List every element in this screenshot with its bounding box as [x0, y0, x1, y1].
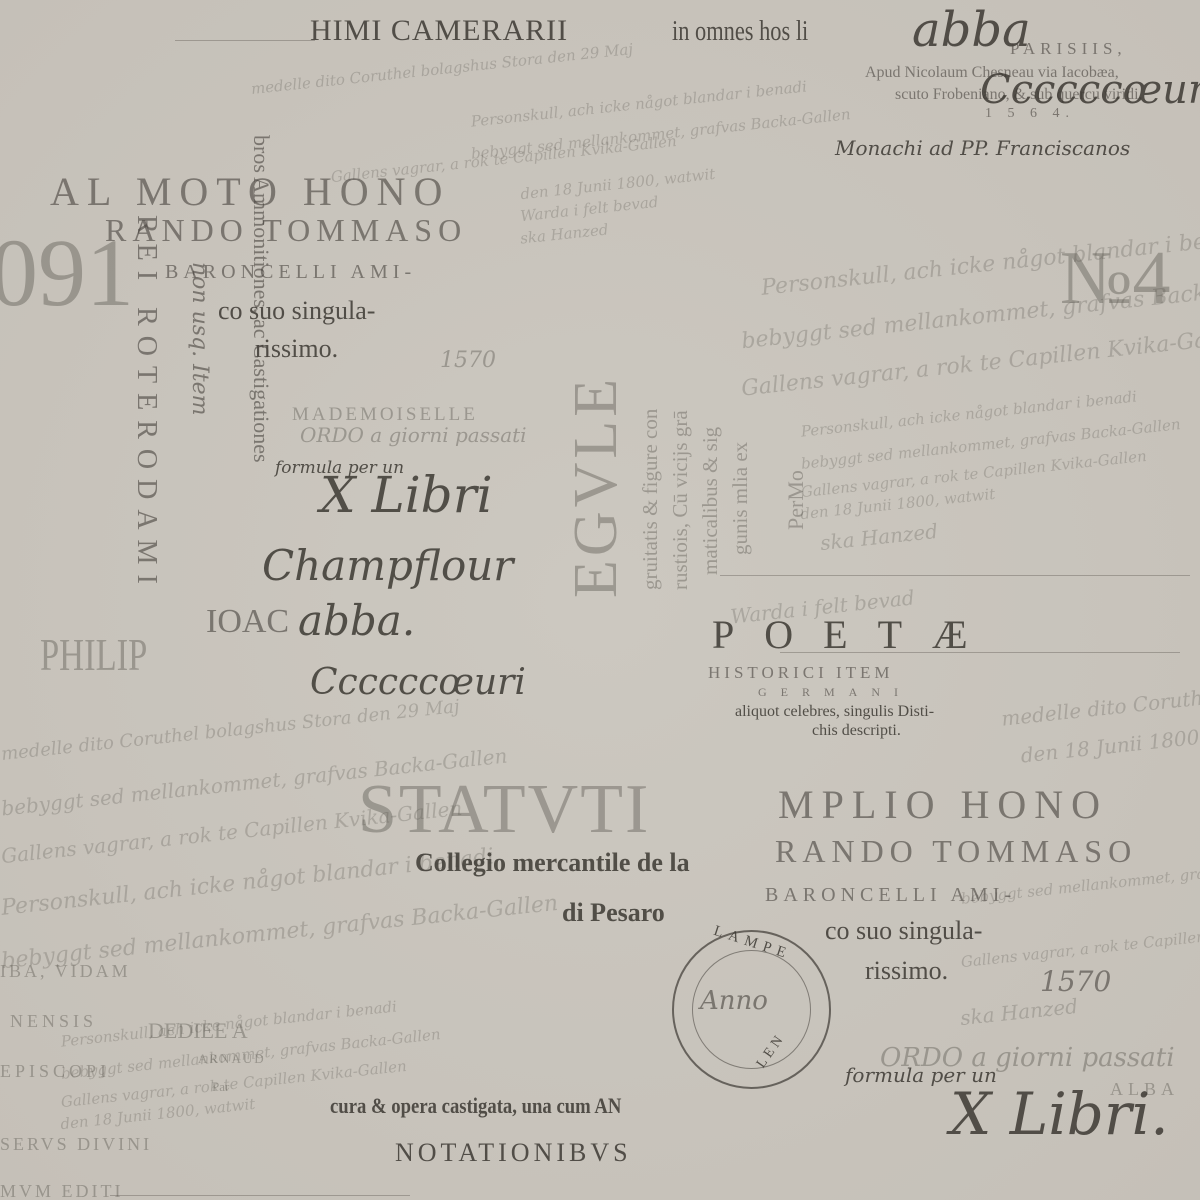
handwriting-libri: X Libri: [320, 470, 493, 520]
handwriting-abba-mid: abba.: [298, 600, 415, 642]
text-mademoiselle: MADEMOISELLE: [292, 405, 478, 424]
text-ioac: IOAC: [206, 605, 289, 639]
numero-4: №4: [1060, 240, 1171, 316]
postmark-stamp: LAMPE Anno LEN: [672, 930, 831, 1089]
text-par: Par: [212, 1080, 229, 1093]
text-cura: cura & opera castigata, una cum AN: [330, 1095, 621, 1117]
text-rando-tommaso-2: RANDO TOMMASO: [775, 835, 1137, 867]
text-nensis: NENSIS: [10, 1012, 97, 1030]
text-dedie: DEDIEE A: [148, 1020, 248, 1042]
vertical-egvle: EGVLE: [565, 375, 627, 598]
vertical-rei-roterodami: REI ROTERODAMI: [132, 215, 160, 594]
text-di-pesaro: di Pesaro: [562, 900, 665, 926]
handwriting-monachi: Monachi ad PP. Franciscanos: [835, 138, 1130, 158]
stamp-center-text: Anno: [700, 988, 768, 1014]
handwriting-libri-bottom: X Libri.: [950, 1085, 1169, 1143]
number-091: 091: [0, 225, 134, 321]
title-statuti: STATVTI: [358, 775, 650, 845]
text-arnaud: ARNAUD: [198, 1052, 266, 1065]
text-rissimo-2: rissimo.: [865, 958, 948, 984]
text-philip: PHILIP: [40, 632, 147, 678]
divider: [720, 575, 1190, 576]
title-poetae: POETÆ: [712, 615, 998, 655]
text-aliquot: aliquot celebres, singulis Disti-: [735, 704, 934, 720]
divider: [175, 40, 315, 41]
text-iba-vidam: IBA, VIDAM: [0, 962, 131, 980]
vertical-maticalibus: maticalibus & sig: [700, 427, 721, 575]
vertical-rustiois: rustiois, Cū vicijs grā: [670, 410, 691, 590]
handwriting-formula-bottom: formula per un: [845, 1065, 997, 1085]
title-himi-camerarii: HIMI CAMERARII: [310, 16, 568, 46]
text-1570-2: 1570: [1040, 968, 1111, 996]
vertical-gruitatis: gruitatis & figure con: [640, 409, 661, 590]
text-baroncelli-2: BARONCELLI AMI-: [765, 885, 1016, 905]
vertical-non-usq: non usq. Item: [188, 262, 210, 416]
text-mum-editi: MVM EDITI: [0, 1182, 124, 1200]
text-chis: chis descripti.: [812, 723, 901, 739]
text-historici: HISTORICI ITEM: [708, 664, 894, 681]
text-germani: GERMANI: [758, 686, 912, 698]
vertical-bros-ammonitiones: bros Ammonitiones, ac Castigationes: [250, 135, 272, 463]
vertical-permo: PerMo: [785, 470, 807, 530]
text-collegio: Collegio mercantile de la: [415, 850, 690, 876]
text-notationibus: NOTATIONIBVS: [395, 1140, 632, 1166]
text-amplio-hono: MPLIO HONO: [778, 785, 1108, 825]
text-parisiis: PARISIIS,: [1010, 40, 1127, 57]
text-co-suo: co suo singula-: [218, 298, 375, 324]
vertical-gunis: gunis mlia ex: [730, 442, 751, 555]
text-ordo: ORDO a giorni passati: [300, 425, 527, 445]
handwriting-flourish: Ccccccœuri: [980, 70, 1200, 110]
text-servus: SERVS DIVINI: [0, 1135, 152, 1153]
text-episcopi: EPISCOPI: [0, 1062, 110, 1080]
text-in-omnes: in omnes hos li: [672, 18, 808, 46]
text-co-suo-2: co suo singula-: [825, 918, 982, 944]
handwriting-flourish-mid: Ccccccœuri: [310, 665, 526, 701]
text-1570: 1570: [440, 350, 496, 372]
handwriting-champ: Champflour: [262, 545, 513, 587]
divider: [110, 1195, 410, 1196]
